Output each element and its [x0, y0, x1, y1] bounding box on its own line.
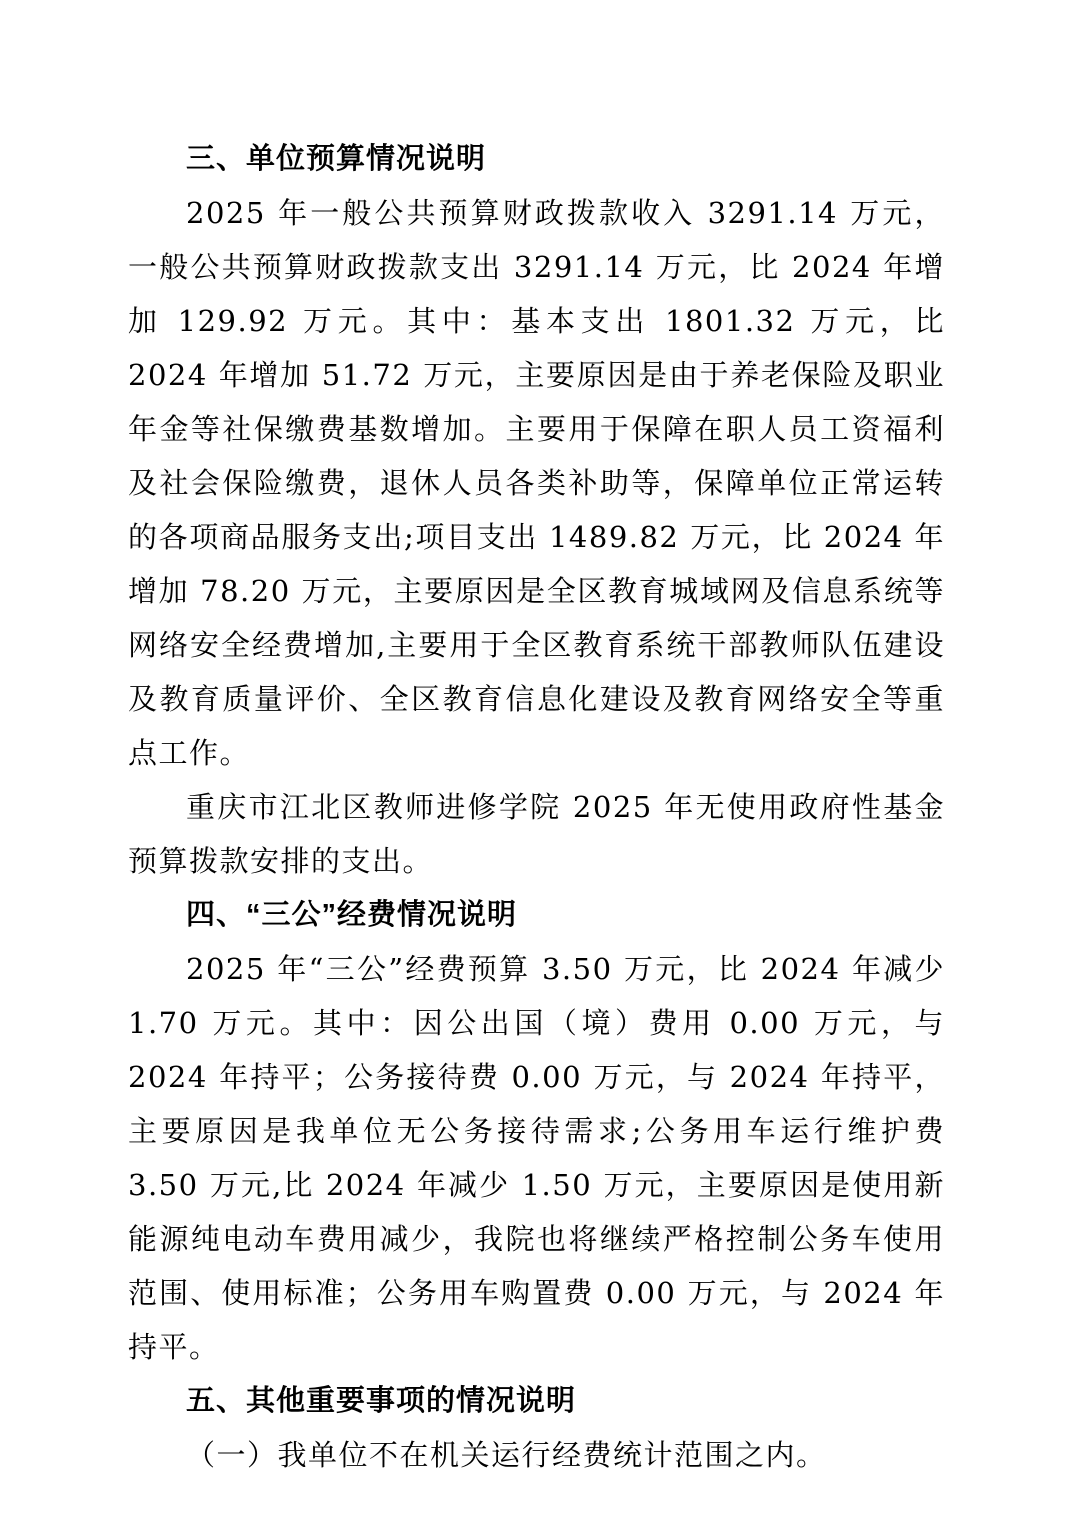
paragraph-operating-expense-scope: （一）我单位不在机关运行经费统计范围之内。 — [128, 1428, 945, 1482]
paragraph-government-fund: 重庆市江北区教师进修学院 2025 年无使用政府性基金预算拨款安排的支出。 — [128, 780, 945, 888]
paragraph-budget-detail: 2025 年一般公共预算财政拨款收入 3291.14 万元，一般公共预算财政拨款… — [128, 186, 945, 780]
section-heading-other-important-matters: 五、其他重要事项的情况说明 — [128, 1374, 945, 1428]
section-heading-budget-explanation: 三、单位预算情况说明 — [128, 132, 945, 186]
section-heading-three-public-expenses: 四、“三公”经费情况说明 — [128, 888, 945, 942]
document-page: 三、单位预算情况说明 2025 年一般公共预算财政拨款收入 3291.14 万元… — [0, 0, 1074, 1520]
paragraph-three-public-detail: 2025 年“三公”经费预算 3.50 万元，比 2024 年减少 1.70 万… — [128, 942, 945, 1374]
